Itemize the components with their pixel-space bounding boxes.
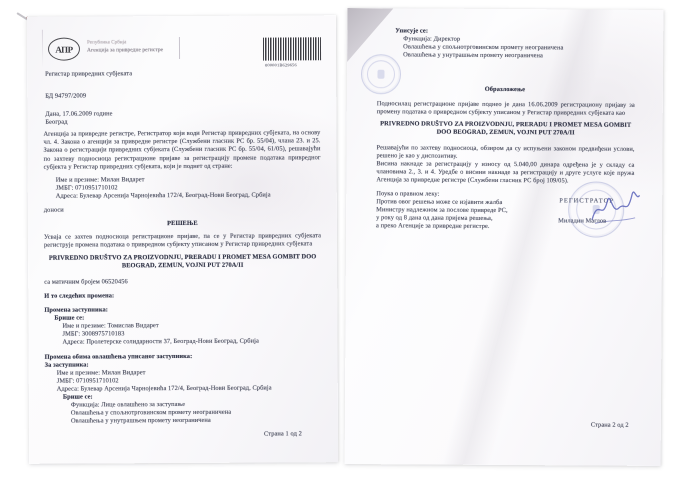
change-authority-heading: Промена обима овлашћења уписаног заступн… [45, 353, 193, 362]
page-crease [42, 30, 43, 68]
legal-remedy-line-4: а преко Агенције за привредне регистре. [376, 222, 490, 231]
changes-heading: И то следећих промена: [44, 292, 114, 301]
issues-word: доноси [44, 207, 64, 215]
intro-paragraph: Агенција за привредне регистре, Регистра… [43, 129, 320, 171]
letterhead-line-faint: Република Србија [87, 40, 126, 46]
explanation-title: Образложење [347, 85, 663, 95]
register-name: Регистар привредних субјеката [45, 70, 132, 79]
company-id-line: са матичним бројем 06520456 [44, 278, 128, 287]
company-name-2: PRIVREDNO DRUŠTVO ZA PROIZVODNJU, PRERAD… [377, 120, 635, 138]
applicant-address: Адреса: Булевар Арсенија Чарнојевића 172… [56, 192, 271, 201]
deleted-representative-address: Адреса: Пролетерске солидарности 37, Бео… [63, 338, 259, 347]
page-2: Уписује се: Функција: Директор Овлашћења… [345, 8, 664, 466]
barcode [263, 37, 321, 60]
representative-address: Адреса: Булевар Арсенија Чарнојевића 172… [57, 385, 272, 394]
stamp-emblem [377, 70, 384, 79]
scanned-document-view: АПР Република Србија Агенција за привред… [0, 0, 683, 480]
decision-title: РЕШЕЊЕ [28, 219, 337, 229]
entry-domestic-trade-line: Овлашћења у унутрашњем промету неогранич… [403, 51, 543, 60]
page-1-footer: Страна 1 од 2 [264, 430, 302, 438]
registrar-name: Миладин Маглов [558, 217, 606, 225]
page-1: АПР Република Србија Агенција за привред… [27, 15, 338, 464]
deleted-domestic-trade-line: Овлашћења у унутрашњем промету неогранич… [71, 417, 211, 426]
page-2-footer: Страна 2 од 2 [591, 422, 629, 430]
document-city: Београд [45, 119, 67, 127]
document-date: Дана, 17.06.2009 године [45, 110, 112, 119]
explanation-paragraph-1: Подносилац регистрационе пријаве поднео … [377, 100, 635, 118]
apr-logo: АПР [48, 38, 80, 61]
decision-paragraph: Усваја се захтев подносиоца регистрацион… [44, 232, 321, 250]
company-name: PRIVREDNO DRUŠTVO ZA PROIZVODNJU, PRERAD… [44, 253, 321, 271]
letterhead-agency-name: Агенција за привредне регистре [87, 47, 163, 54]
letterhead-divider [179, 37, 180, 59]
case-number: БД 94797/2009 [45, 93, 86, 101]
barcode-number: 000001B629656 [265, 62, 297, 67]
